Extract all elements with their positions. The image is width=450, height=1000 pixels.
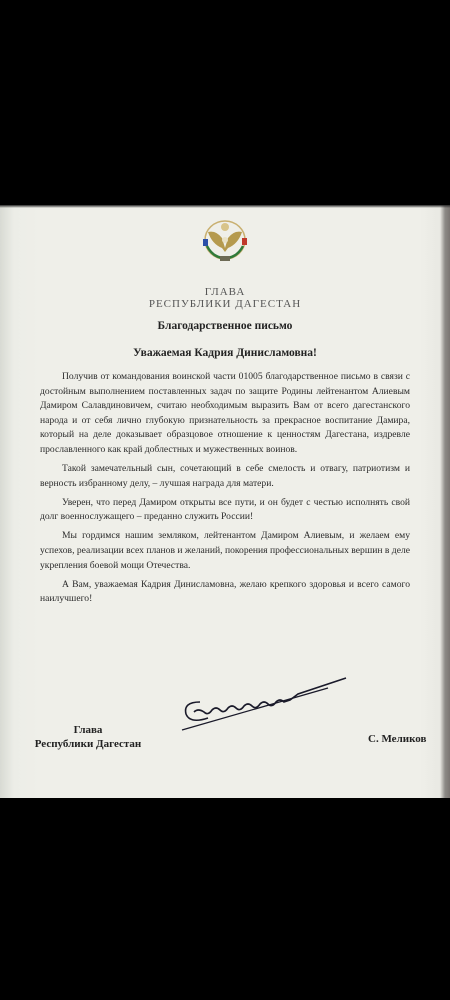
signatory-name: С. Меликов <box>368 733 426 745</box>
letter-title: Благодарственное письмо <box>0 320 450 332</box>
paragraph: А Вам, уважаемая Кадрия Динисламовна, же… <box>40 578 410 607</box>
paragraph: Такой замечательный сын, сочетающий в се… <box>40 462 410 491</box>
coat-of-arms-icon <box>198 218 252 264</box>
position-line-2: Республики Дагестан <box>18 737 158 751</box>
letter-greeting: Уважаемая Кадрия Динисламовна! <box>0 347 450 359</box>
signatory-position: Глава Республики Дагестан <box>18 723 158 751</box>
paragraph: Мы гордимся нашим земляком, лейтенантом … <box>40 529 410 573</box>
letter-body: Получив от командования воинской части 0… <box>40 370 410 611</box>
paragraph: Уверен, что перед Дамиром открыты все пу… <box>40 496 410 525</box>
signature-icon <box>178 672 348 732</box>
paper-edge-shadow <box>0 205 450 208</box>
header-line-1: ГЛАВА <box>0 286 450 298</box>
header-line-2: РЕСПУБЛИКИ ДАГЕСТАН <box>0 298 450 310</box>
position-line-1: Глава <box>18 723 158 737</box>
paragraph: Получив от командования воинской части 0… <box>40 370 410 458</box>
